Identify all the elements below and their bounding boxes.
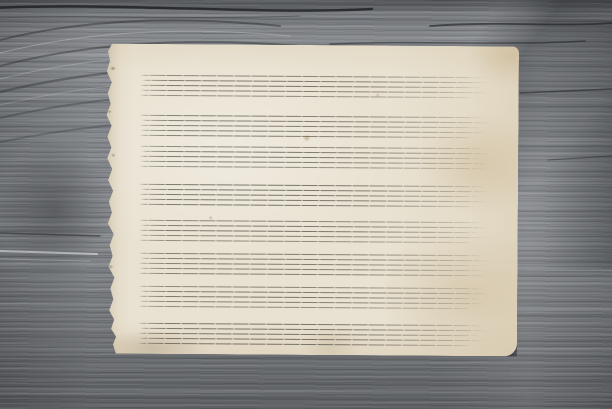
wood-right-streak bbox=[542, 20, 612, 270]
staff-line bbox=[141, 89, 488, 92]
staff-line bbox=[139, 230, 481, 233]
staff-line bbox=[139, 263, 481, 266]
staff-line bbox=[139, 146, 485, 149]
staff-line bbox=[139, 194, 481, 197]
staff-line bbox=[142, 80, 490, 83]
staff-line bbox=[138, 342, 476, 345]
staff-line bbox=[139, 220, 485, 223]
wood-dark-patch bbox=[0, 120, 130, 300]
staff-line bbox=[139, 337, 486, 340]
staff-line bbox=[141, 189, 489, 192]
photo-canvas bbox=[0, 0, 612, 409]
staff-line bbox=[138, 286, 484, 289]
staff bbox=[139, 115, 489, 138]
staff-line bbox=[140, 125, 482, 128]
staff-line bbox=[140, 328, 488, 331]
staff bbox=[138, 323, 488, 346]
staff-line bbox=[139, 184, 485, 187]
staff bbox=[138, 286, 488, 309]
staff-line bbox=[141, 225, 489, 228]
staff-line bbox=[140, 198, 487, 201]
staff-line bbox=[140, 160, 487, 163]
staff-line bbox=[140, 291, 488, 294]
staff-line bbox=[139, 134, 477, 137]
staff-line bbox=[139, 239, 477, 242]
staff-line bbox=[140, 115, 486, 118]
staff-line bbox=[139, 203, 477, 206]
staff-line bbox=[140, 234, 487, 237]
staff-line bbox=[140, 267, 487, 270]
staff bbox=[139, 146, 489, 169]
staff-line bbox=[141, 258, 489, 261]
staff bbox=[138, 253, 488, 276]
staff-line bbox=[141, 151, 489, 154]
staff bbox=[139, 184, 489, 207]
staff-line bbox=[138, 296, 480, 299]
staff-line bbox=[142, 120, 490, 123]
music-manuscript-paper bbox=[102, 44, 519, 357]
staff-line bbox=[140, 75, 486, 78]
staff-line bbox=[138, 333, 480, 336]
staff-line bbox=[138, 305, 476, 308]
staff-line bbox=[139, 253, 485, 256]
staff-line bbox=[140, 129, 487, 132]
staff-line bbox=[138, 272, 486, 275]
staff-line bbox=[138, 323, 484, 326]
staves bbox=[138, 44, 490, 356]
staff-line bbox=[139, 165, 487, 168]
staff-line bbox=[139, 300, 486, 303]
staff-line bbox=[140, 85, 482, 88]
staff bbox=[140, 75, 490, 98]
staff-line bbox=[140, 94, 478, 97]
staff bbox=[139, 220, 489, 243]
staff-line bbox=[139, 156, 481, 159]
